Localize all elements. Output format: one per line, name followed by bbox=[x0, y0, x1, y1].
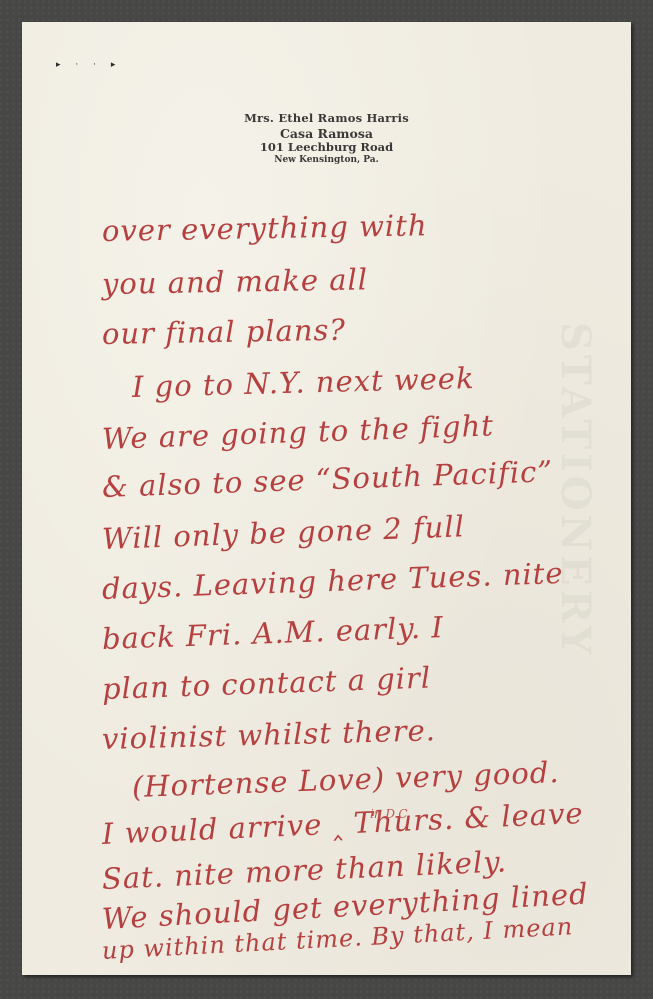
handwriting-line: over everything with bbox=[102, 208, 428, 248]
handwriting-line: our final plans? bbox=[102, 313, 346, 351]
handwriting-line: back Fri. A.M. early. I bbox=[101, 610, 444, 656]
handwriting-line: I would arrive ‸ Thurs. & leave bbox=[101, 796, 584, 851]
handwriting-line: & also to see “South Pacific” bbox=[101, 454, 553, 504]
handwriting-line: We are going to the fight bbox=[101, 408, 494, 456]
handwriting-line: (Hortense Love) very good. bbox=[131, 755, 560, 804]
letter-page: ▸ · · ▸ STATIONERY Mrs. Ethel Ramos Harr… bbox=[22, 22, 631, 975]
handwritten-body: over everything with you and make all ou… bbox=[22, 22, 631, 975]
handwriting-line: violinist whilst there. bbox=[102, 713, 437, 756]
handwriting-line: you and make all bbox=[102, 262, 369, 301]
handwriting-line: Will only be gone 2 full bbox=[101, 509, 465, 556]
handwriting-insertion: in D.C. bbox=[370, 807, 411, 821]
handwriting-line: I go to N.Y. next week bbox=[132, 361, 475, 404]
handwriting-line: days. Leaving here Tues. nite bbox=[101, 556, 564, 606]
handwriting-line: plan to contact a girl bbox=[101, 661, 431, 706]
